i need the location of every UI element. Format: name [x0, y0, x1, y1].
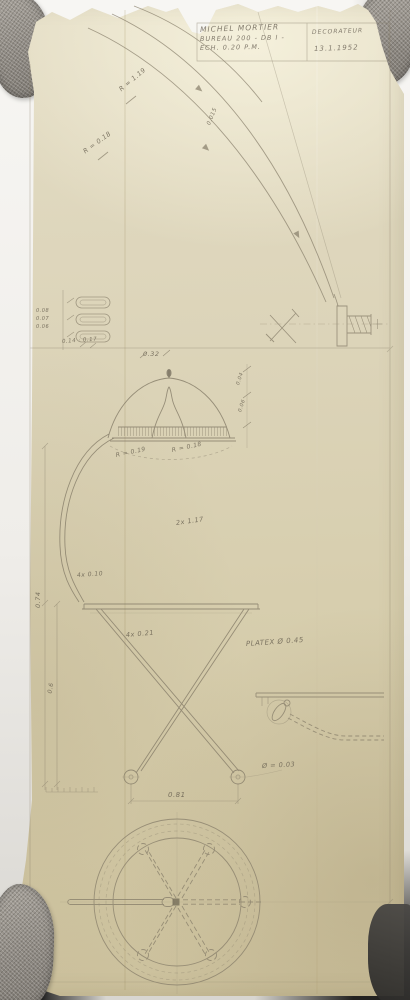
wall-fitting-detail [260, 306, 390, 346]
scale-ruler [46, 787, 98, 792]
title-scale: ECH. 0.20 P.M. [200, 43, 261, 52]
pencil-linework [0, 0, 410, 1000]
title-project: BUREAU 200 - DB I - [200, 34, 285, 43]
lamp-shade-elevation [108, 350, 251, 460]
x-mark [266, 309, 299, 343]
border-lines [30, 10, 393, 982]
dim-shade-diameter: 0.32 [143, 350, 159, 358]
edge-clamp-detail [256, 693, 384, 740]
stand-elevation [60, 434, 282, 784]
dim-slot-3: 0.06 [36, 324, 49, 330]
title-date: 13.1.1952 [314, 43, 359, 53]
dim-base-span: 0.81 [168, 791, 186, 799]
dark-corner-bottom-right [368, 904, 410, 1000]
dim-height-total: 0.74 [34, 592, 42, 608]
dim-slot-2: 0.07 [36, 316, 49, 322]
photographed-drawing: MICHEL MORTIER DECORATEUR BUREAU 200 - D… [0, 0, 410, 1000]
dim-slot-1: 0.08 [36, 308, 49, 314]
dimension-lines [42, 443, 241, 804]
base-plan-view [60, 812, 390, 994]
